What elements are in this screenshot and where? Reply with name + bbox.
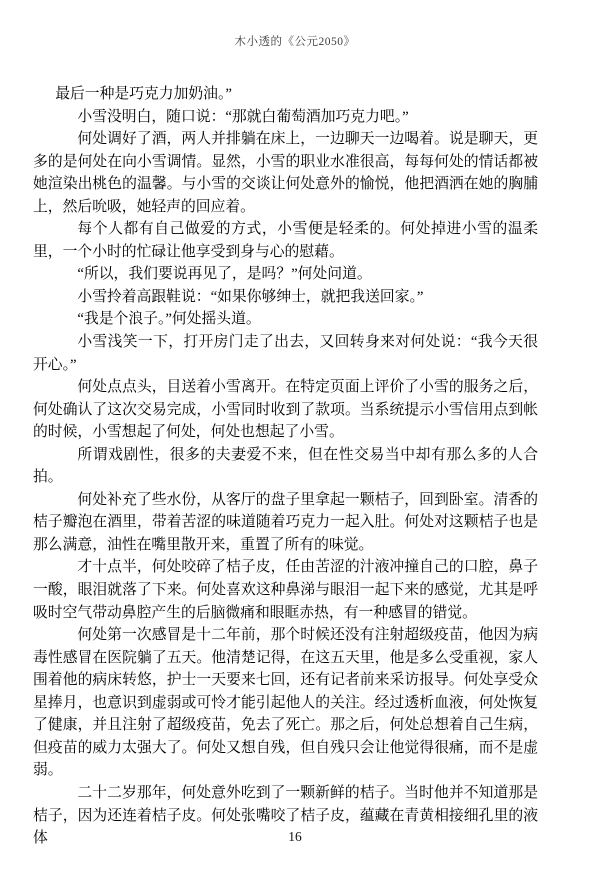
paragraph: 才十点半，何处咬碎了桔子皮，任由苦涩的汁液冲撞自己的口腔，鼻子一酸，眼泪就落了下… <box>33 556 538 624</box>
paragraph: 最后一种是巧克力加奶油。” <box>33 83 538 106</box>
paragraph: 何处调好了酒，两人并排躺在床上，一边聊天一边喝着。说是聊天，更多的是何处在向小雪… <box>33 128 538 218</box>
document-page: 木小透的《公元2050》 最后一种是巧克力加奶油。”小雪没明白，随口说：“那就白… <box>0 0 590 886</box>
body-text: 最后一种是巧克力加奶油。”小雪没明白，随口说：“那就白葡萄酒加巧克力吧。”何处调… <box>33 83 538 850</box>
paragraph: “所以，我们要说再见了，是吗？”何处问道。 <box>33 263 538 286</box>
running-header-title: 木小透的《公元2050》 <box>0 34 590 50</box>
paragraph: “我是个浪子。”何处摇头道。 <box>33 308 538 331</box>
paragraph: 何处第一次感冒是十二年前，那个时候还没有注射超级疫苗，他因为病毒性感冒在医院躺了… <box>33 624 538 782</box>
paragraph: 何处补充了些水份，从客厅的盘子里拿起一颗桔子，回到卧室。清香的桔子瓣泡在酒里，带… <box>33 489 538 557</box>
page-number: 16 <box>0 828 590 846</box>
paragraph: 小雪拎着高跟鞋说：“如果你够绅士，就把我送回家。” <box>33 286 538 309</box>
paragraph: 小雪没明白，随口说：“那就白葡萄酒加巧克力吧。” <box>33 106 538 129</box>
paragraph: 小雪浅笑一下，打开房门走了出去，又回转身来对何处说：“我今天很开心。” <box>33 331 538 376</box>
paragraph: 每个人都有自己做爱的方式，小雪便是轻柔的。何处掉进小雪的温柔里，一个小时的忙碌让… <box>33 218 538 263</box>
paragraph: 所谓戏剧性，很多的夫妻爱不来，但在性交易当中却有那么多的人合拍。 <box>33 444 538 489</box>
paragraph: 何处点点头，目送着小雪离开。在特定页面上评价了小雪的服务之后，何处确认了这次交易… <box>33 376 538 444</box>
